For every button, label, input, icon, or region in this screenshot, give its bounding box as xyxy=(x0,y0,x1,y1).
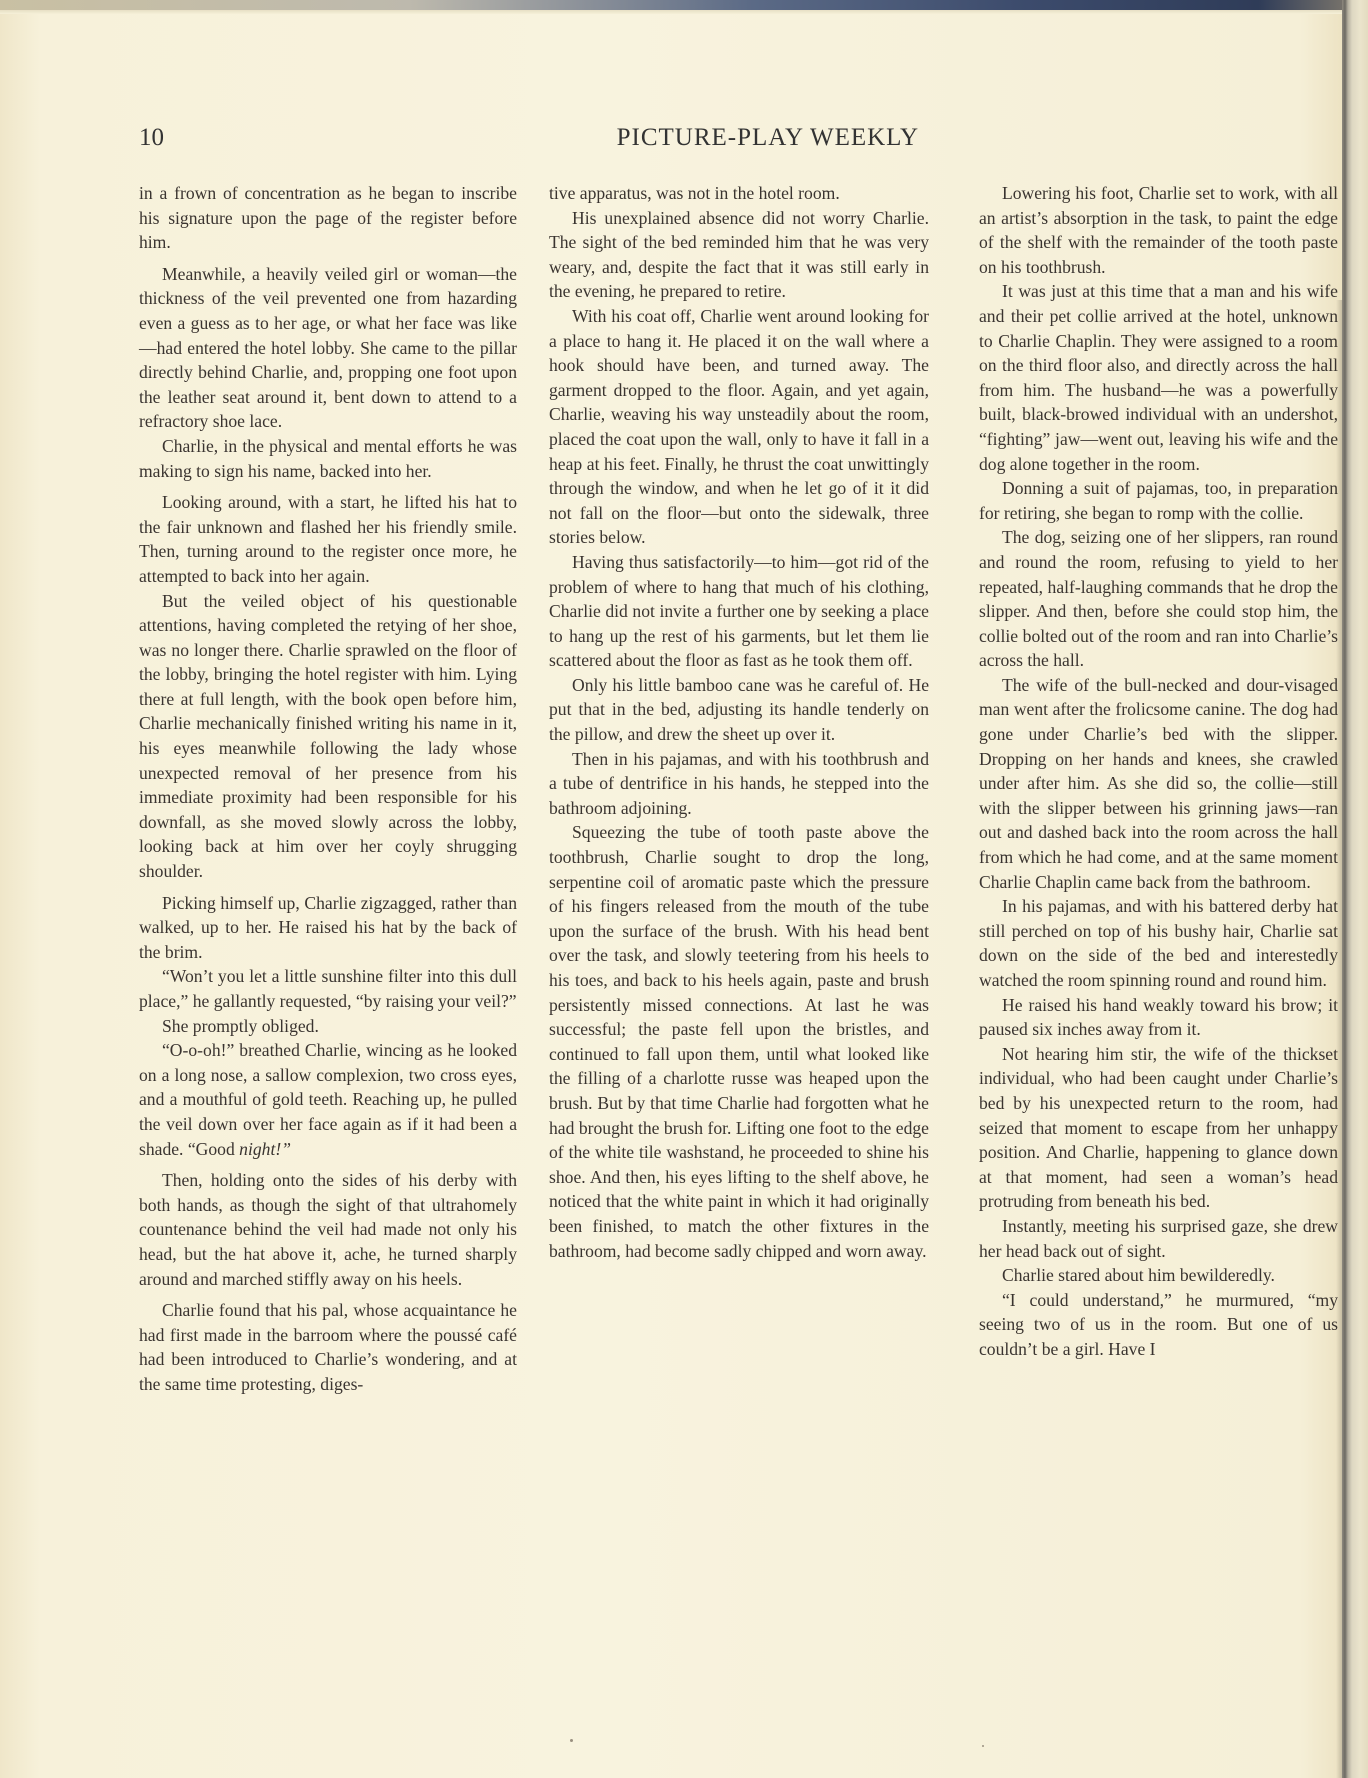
article-paragraph: Picking himself up, Charlie zigzagged, r… xyxy=(139,891,517,965)
book-binding-edge xyxy=(1342,0,1368,1778)
print-speck xyxy=(982,1745,984,1747)
article-paragraph: Charlie found that his pal, whose acquai… xyxy=(139,1298,517,1396)
text-column-2: tive apparatus, was not in the hotel roo… xyxy=(549,181,929,1263)
article-paragraph: tive apparatus, was not in the hotel roo… xyxy=(549,181,929,206)
article-paragraph: In his pajamas, and with his battered de… xyxy=(979,894,1338,992)
article-paragraph: Only his little bamboo cane was he caref… xyxy=(549,673,929,747)
page-top-shadow xyxy=(0,10,1368,14)
article-paragraph: Not hearing him stir, the wife of the th… xyxy=(979,1042,1338,1214)
article-paragraph: She promptly obliged. xyxy=(139,1014,517,1039)
article-paragraph: “I could understand,” he murmured, “my s… xyxy=(979,1288,1338,1362)
text-column-3: Lowering his foot, Charlie set to work, … xyxy=(979,181,1338,1362)
article-paragraph: “Won’t you let a little sunshine filter … xyxy=(139,964,517,1013)
article-paragraph: But the veiled object of his questionabl… xyxy=(139,589,517,884)
article-paragraph: in a frown of concentration as he began … xyxy=(139,181,517,255)
text-column-1: in a frown of concentration as he began … xyxy=(139,181,517,1397)
article-paragraph: Charlie stared about him bewilderedly. xyxy=(979,1263,1338,1288)
article-paragraph: Lowering his foot, Charlie set to work, … xyxy=(979,181,1338,279)
article-paragraph: Then, holding onto the sides of his derb… xyxy=(139,1168,517,1291)
article-paragraph: Instantly, meeting his surprised gaze, s… xyxy=(979,1214,1338,1263)
article-paragraph: His unexplained absence did not worry Ch… xyxy=(549,206,929,304)
article-paragraph: The dog, seizing one of her slippers, ra… xyxy=(979,525,1338,673)
article-paragraph: Charlie, in the physical and mental effo… xyxy=(139,434,517,483)
article-paragraph: Looking around, with a start, he lifted … xyxy=(139,490,517,588)
article-paragraph: Then in his pajamas, and with his toothb… xyxy=(549,747,929,821)
article-paragraph: Having thus satisfactorily—to him—got ri… xyxy=(549,550,929,673)
page-header: 10 PICTURE-PLAY WEEKLY xyxy=(139,124,919,160)
article-paragraph: He raised his hand weakly toward his bro… xyxy=(979,993,1338,1042)
article-paragraph: Meanwhile, a heavily veiled girl or woma… xyxy=(139,262,517,434)
article-paragraph: Donning a suit of pajamas, too, in prepa… xyxy=(979,476,1338,525)
running-title: PICTURE-PLAY WEEKLY xyxy=(139,124,919,152)
article-paragraph: Squeezing the tube of tooth paste above … xyxy=(549,820,929,1263)
book-cover-edge xyxy=(0,0,1368,10)
italic-text: night!” xyxy=(239,1139,291,1159)
print-speck xyxy=(570,1739,573,1742)
article-paragraph: “O-o-oh!” breathed Charlie, wincing as h… xyxy=(139,1038,517,1161)
article-paragraph: The wife of the bull-necked and dour-vis… xyxy=(979,673,1338,894)
article-paragraph: It was just at this time that a man and … xyxy=(979,279,1338,476)
article-paragraph: With his coat off, Charlie went around l… xyxy=(549,304,929,550)
